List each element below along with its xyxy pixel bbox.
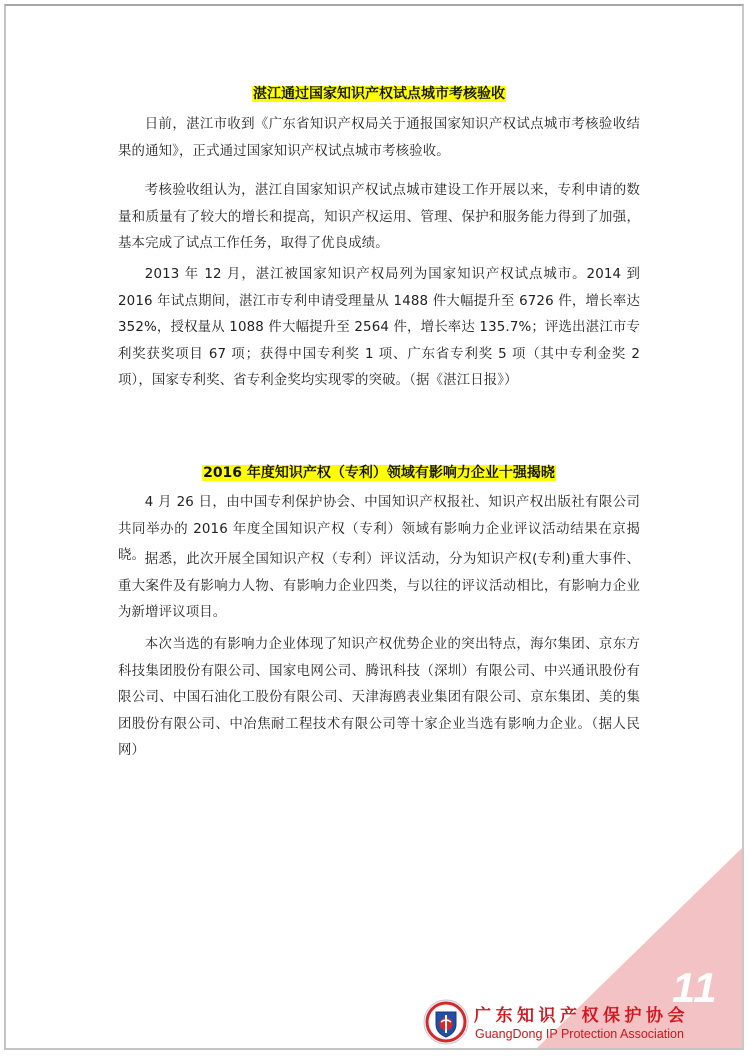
association-emblem-icon [422,998,470,1046]
paragraph: 考核验收组认为，湛江自国家知识产权试点城市建设工作开展以来，专利申请的数量和质量… [118,178,640,258]
paragraph: 据悉，此次开展全国知识产权（专利）评议活动，分为知识产权(专利)重大事件、重大案… [118,547,640,627]
article-body: 日前，湛江市收到《广东省知识产权局关于通报国家知识产权试点城市考核验收结果的通知… [118,112,640,165]
paragraph: 日前，湛江市收到《广东省知识产权局关于通报国家知识产权试点城市考核验收结果的通知… [118,112,640,165]
article-body: 考核验收组认为，湛江自国家知识产权试点城市建设工作开展以来，专利申请的数量和质量… [118,178,640,258]
article-body: 本次当选的有影响力企业体现了知识产权优势企业的突出特点，海尔集团、京东方科技集团… [118,632,640,765]
article-body: 据悉，此次开展全国知识产权（专利）评议活动，分为知识产权(专利)重大事件、重大案… [118,547,640,627]
article-title: 2016 年度知识产权（专利）领域有影响力企业十强揭晓 [118,463,640,483]
article-title: 湛江通过国家知识产权试点城市考核验收 [118,84,640,104]
article-title-text: 湛江通过国家知识产权试点城市考核验收 [252,86,506,102]
article-title-text: 2016 年度知识产权（专利）领域有影响力企业十强揭晓 [202,465,556,481]
footer-organization-name-cn: 广东知识产权保护协会 [474,1001,689,1026]
article-body: 2013 年 12 月，湛江被国家知识产权局列为国家知识产权试点城市。2014 … [118,262,640,395]
page-number: 11 [672,964,718,1012]
document-page: 湛江通过国家知识产权试点城市考核验收 日前，湛江市收到《广东省知识产权局关于通报… [4,4,744,1050]
paragraph: 本次当选的有影响力企业体现了知识产权优势企业的突出特点，海尔集团、京东方科技集团… [118,632,640,765]
paragraph: 2013 年 12 月，湛江被国家知识产权局列为国家知识产权试点城市。2014 … [118,262,640,395]
footer-organization-name-en: GuangDong IP Protection Association [475,1027,684,1041]
